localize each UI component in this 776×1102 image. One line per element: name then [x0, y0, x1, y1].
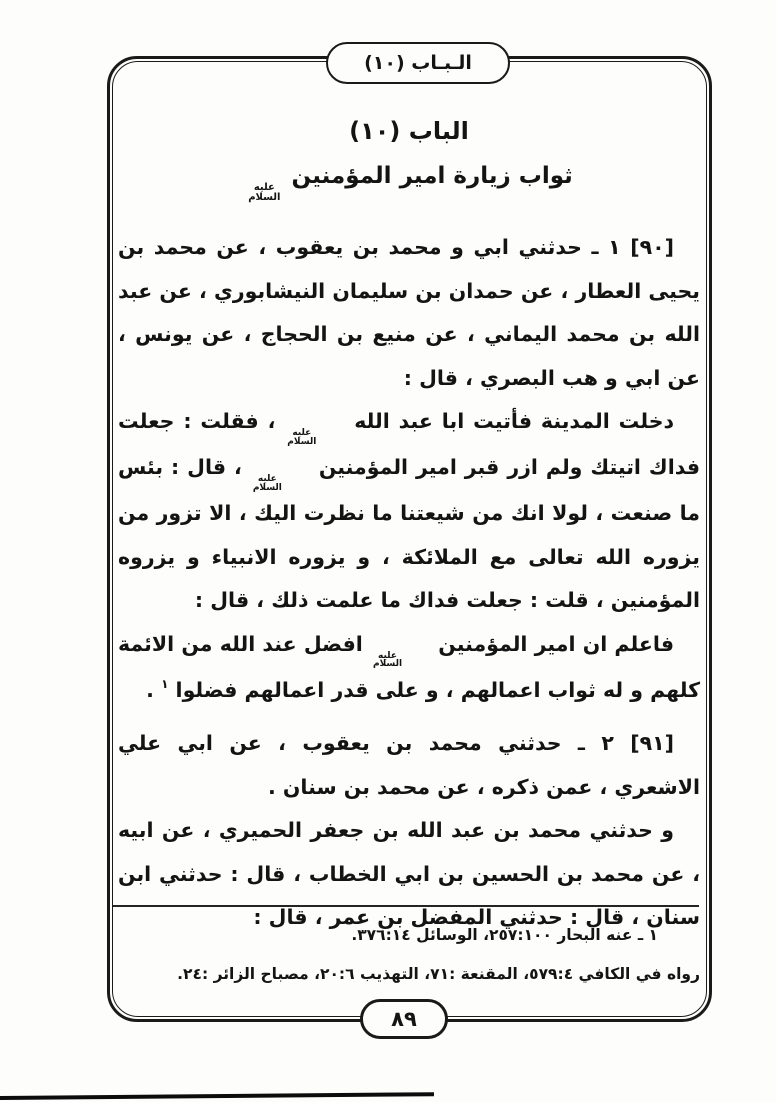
paragraph-hadith-1-matn: دخلت المدينة فأتيت ابا عبد الله عليهالسل… — [118, 400, 700, 623]
honorific-seal: عليهالسلام — [253, 475, 308, 492]
paragraph-hadith-2-isnad-a: [٩١] ٢ ـ حدثني محمد بن يعقوب ، عن ابي عل… — [118, 722, 700, 809]
paragraph-hadith-1-reply: فاعلم ان امير المؤمنين عليهالسلام افضل ع… — [118, 623, 700, 713]
footnote-line-2: رواه في الكافي ٥٧٩:٤، المقنعة :٧١، التهذ… — [118, 955, 700, 994]
chapter-title: الباب (١٠) — [118, 114, 700, 148]
book-page: الـبـاب (١٠) الباب (١٠) ثواب زيارة امير … — [0, 0, 776, 1102]
honorific-seal: عليهالسلام — [287, 429, 342, 446]
body-paragraphs: [٩٠] ١ ـ حدثني ابي و محمد بن يعقوب ، عن … — [118, 226, 700, 940]
footnotes: ١ ـ عنه البحار ٢٥٧:١٠٠، الوسائل ٣٧٦:١٤. … — [118, 916, 700, 994]
footnote-marker: ١ — [161, 677, 168, 691]
page-content: الباب (١٠) ثواب زيارة امير المؤمنين عليه… — [118, 114, 700, 940]
chapter-header-label: الـبـاب (١٠) — [364, 52, 472, 74]
footnote-separator — [113, 905, 699, 907]
page-number-box: ٨٩ — [360, 999, 448, 1039]
scan-edge-artifact — [0, 1092, 434, 1100]
page-number: ٨٩ — [391, 1007, 417, 1031]
honorific-seal: عليهالسلام — [373, 652, 428, 669]
honorific-seal: عليهالسلام — [248, 183, 280, 202]
chapter-subtitle: ثواب زيارة امير المؤمنين عليهالسلام — [118, 156, 700, 202]
footnote-line-1: ١ ـ عنه البحار ٢٥٧:١٠٠، الوسائل ٣٧٦:١٤. — [118, 916, 700, 955]
paragraph-hadith-1-isnad: [٩٠] ١ ـ حدثني ابي و محمد بن يعقوب ، عن … — [118, 226, 700, 400]
chapter-header-box: الـبـاب (١٠) — [326, 42, 510, 84]
